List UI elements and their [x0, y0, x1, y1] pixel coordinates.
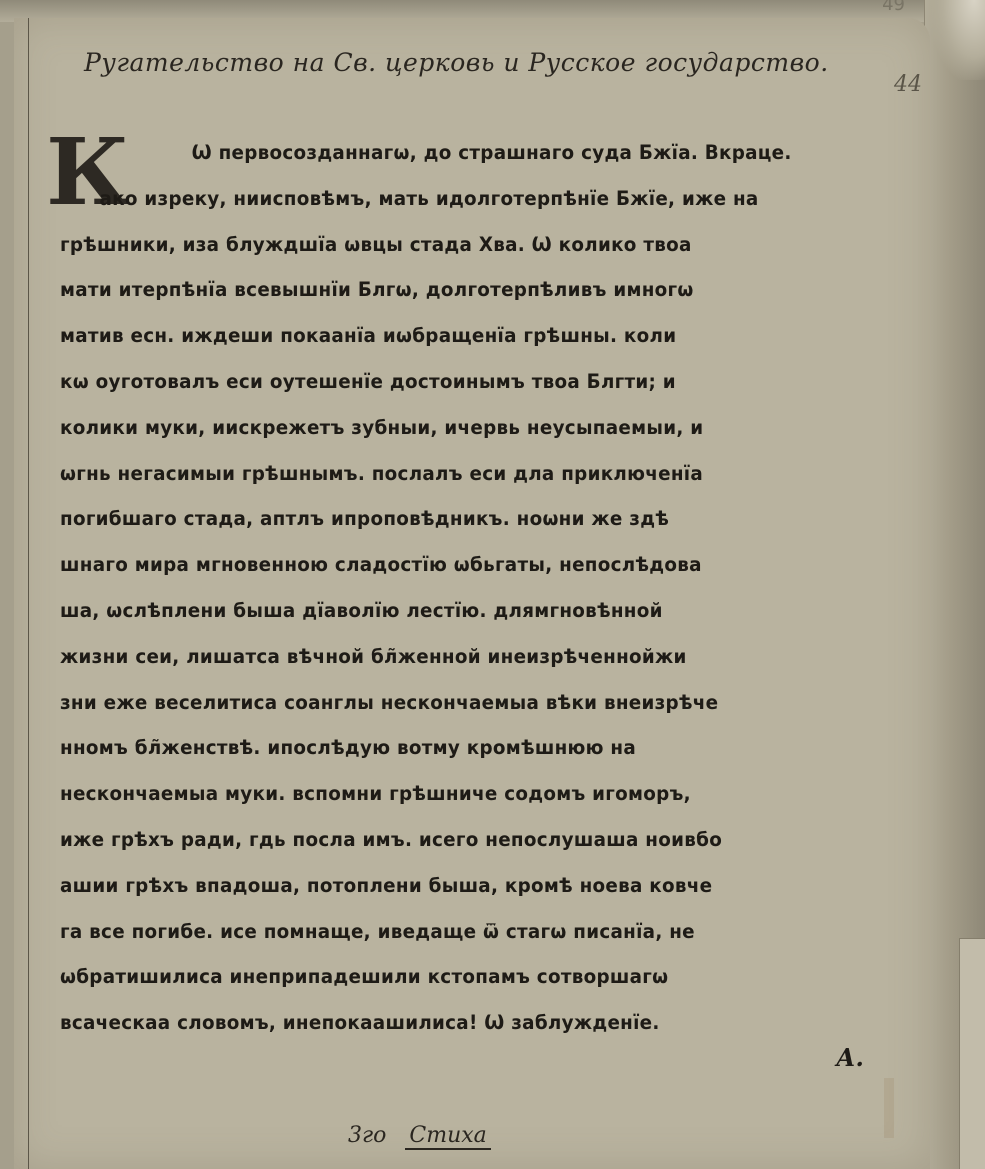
text-line: кѡ оуготовалъ еси оутешенїе достоинымъ т…	[60, 359, 840, 405]
text-line: нескончаемыа муки. вспомни грѣшниче содо…	[60, 771, 840, 817]
text-line: ша, ѡслѣплени быша дїаволїю лестїю. длям…	[60, 588, 840, 634]
text-line: ашии грѣхъ впадоша, потоплени быша, кром…	[60, 863, 840, 909]
page-title: Ругательство на Св. церковь и Русское го…	[84, 48, 829, 77]
text-line: нномъ бл̃женствѣ. ипослѣдую вотму кромѣш…	[60, 725, 840, 771]
manuscript-body: К Ѡ первосозданнагѡ, до страшнаго суда Б…	[60, 130, 890, 1046]
footer-note: 3го Стиха	[348, 1123, 491, 1148]
text-line: шнаго мира мгновенною сладостїю ѡбьгаты,…	[60, 542, 840, 588]
text-line: Ѡ первосозданнагѡ, до страшнаго суда Бжї…	[60, 130, 840, 176]
text-line: жизни сеи, лишатса вѣчной бл̃женной инеи…	[60, 634, 840, 680]
text-line: всаческаа словомъ, инепокаашилиса! Ѡ заб…	[60, 1000, 840, 1046]
signature-letter: А.	[836, 1043, 864, 1072]
text-line: мати итерпѣнїа всевышнїи Блгѡ, долготерп…	[60, 267, 840, 313]
folio-number: 44	[894, 72, 922, 97]
text-line: колики муки, иискрежетъ зубныи, ичервь н…	[60, 405, 840, 451]
binding-tab	[959, 938, 985, 1169]
text-line: ѡгнь негасимыи грѣшнымъ. послалъ еси дла…	[60, 451, 840, 497]
text-line: матив есн. иждеши покаанїа иѡбращенїа гр…	[60, 313, 840, 359]
footer-prefix: 3го	[348, 1123, 386, 1148]
text-line: грѣшники, иза блуждшїа ѡвцы стада Хва. Ѡ…	[60, 222, 840, 268]
paper-stain	[884, 1078, 894, 1138]
footer-word: Стиха	[405, 1123, 490, 1150]
margin-rule	[28, 18, 29, 1169]
text-line: га все погибе. исе помнаще, иведаще ѿ ст…	[60, 909, 840, 955]
text-line: ѡбратишилиса инеприпадешили кстопамъ сот…	[60, 954, 840, 1000]
text-line: зни еже веселитиса соанглы нескончаемыа …	[60, 680, 840, 726]
text-line: погибшаго стада, аптлъ ипроповѣдникъ. но…	[60, 496, 840, 542]
text-line: иже грѣхъ ради, гдь посла имъ. исего неп…	[60, 817, 840, 863]
manuscript-page: Ругательство на Св. церковь и Русское го…	[14, 18, 930, 1169]
text-line: ако изреку, ниисповѣмъ, мать идолготерпѣ…	[60, 176, 840, 222]
binding-curl	[930, 0, 985, 80]
corner-folio-number: 49	[882, 0, 905, 15]
